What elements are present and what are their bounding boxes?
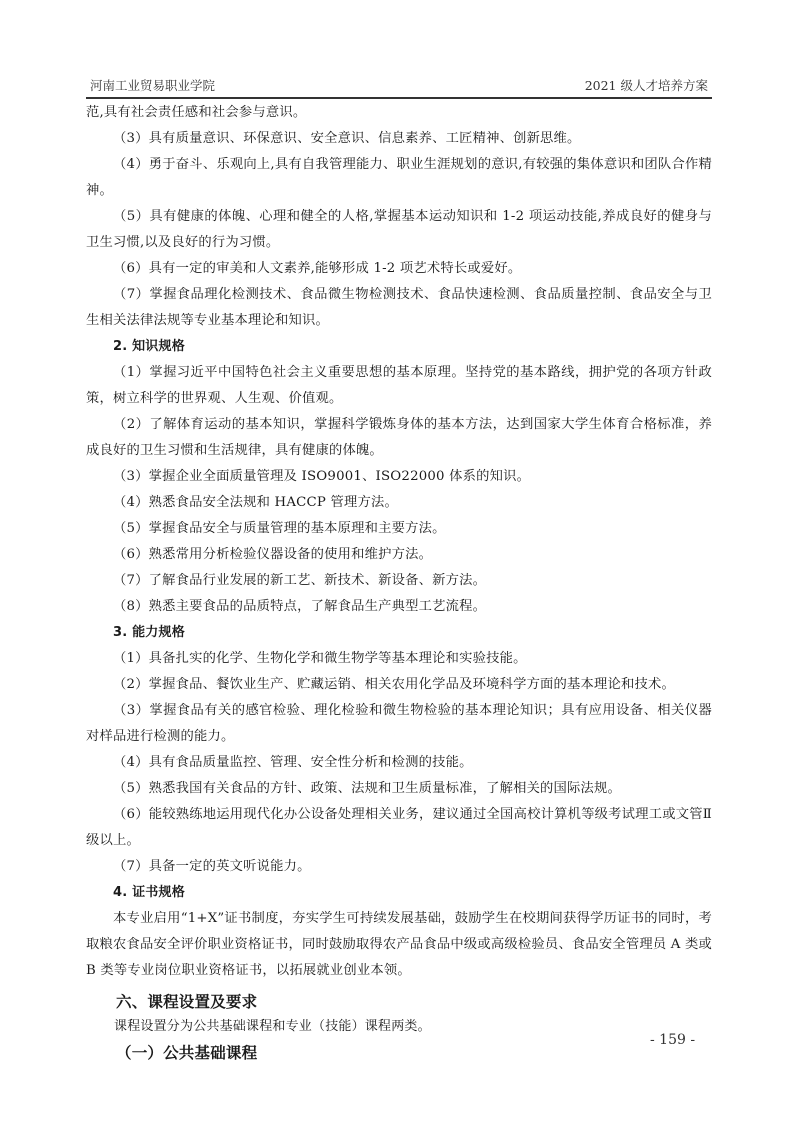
section-6-heading: 六、课程设置及要求 <box>86 988 712 1016</box>
paragraph-continuation: 范,具有社会责任感和社会参与意识。 <box>86 100 712 126</box>
certificate-body: 本专业启用“1+X”证书制度，夯实学生可持续发展基础，鼓励学生在校期间获得学历证… <box>86 906 712 984</box>
knowledge-item-6: （6）熟悉常用分析检验仪器设备的使用和维护方法。 <box>86 542 712 568</box>
page-number: - 159 - <box>650 1032 695 1048</box>
knowledge-item-3: （3）掌握企业全面质量管理及 ISO9001、ISO22000 体系的知识。 <box>86 464 712 490</box>
ability-item-6: （6）能较熟练地运用现代化办公设备处理相关业务，建议通过全国高校计算机等级考试理… <box>86 802 712 854</box>
section-6-intro: 课程设置分为公共基础课程和专业（技能）课程两类。 <box>86 1016 712 1038</box>
header-institution: 河南工业贸易职业学院 <box>90 76 215 94</box>
ability-heading: 3. 能力规格 <box>86 620 712 646</box>
quality-item-5: （5）具有健康的体魄、心理和健全的人格,掌握基本运动知识和 1-2 项运动技能,… <box>86 204 712 256</box>
ability-item-4: （4）具有食品质量监控、管理、安全性分析和检测的技能。 <box>86 750 712 776</box>
ability-item-7: （7）具备一定的英文听说能力。 <box>86 854 712 880</box>
public-courses-heading: （一）公共基础课程 <box>86 1038 712 1068</box>
knowledge-item-1: （1）掌握习近平中国特色社会主义重要思想的基本原理。坚持党的基本路线，拥护党的各… <box>86 360 712 412</box>
ability-item-5: （5）熟悉我国有关食品的方针、政策、法规和卫生质量标准，了解相关的国际法规。 <box>86 776 712 802</box>
quality-item-7: （7）掌握食品理化检测技术、食品微生物检测技术、食品快速检测、食品质量控制、食品… <box>86 282 712 334</box>
page-header: 河南工业贸易职业学院 2021 级人才培养方案 <box>86 75 712 99</box>
knowledge-item-5: （5）掌握食品安全与质量管理的基本原理和主要方法。 <box>86 516 712 542</box>
header-document-title: 2021 级人才培养方案 <box>585 76 708 94</box>
quality-item-4: （4）勇于奋斗、乐观向上,具有自我管理能力、职业生涯规划的意识,有较强的集体意识… <box>86 152 712 204</box>
knowledge-item-7: （7）了解食品行业发展的新工艺、新技术、新设备、新方法。 <box>86 568 712 594</box>
knowledge-item-8: （8）熟悉主要食品的品质特点，了解食品生产典型工艺流程。 <box>86 594 712 620</box>
ability-item-1: （1）具备扎实的化学、生物化学和微生物学等基本理论和实验技能。 <box>86 646 712 672</box>
page-content: 范,具有社会责任感和社会参与意识。 （3）具有质量意识、环保意识、安全意识、信息… <box>86 100 712 1068</box>
knowledge-item-2: （2）了解体育运动的基本知识，掌握科学锻炼身体的基本方法，达到国家大学生体育合格… <box>86 412 712 464</box>
certificate-heading: 4. 证书规格 <box>86 880 712 906</box>
quality-item-3: （3）具有质量意识、环保意识、安全意识、信息素养、工匠精神、创新思维。 <box>86 126 712 152</box>
ability-item-3: （3）掌握食品有关的感官检验、理化检验和微生物检验的基本理论知识；具有应用设备、… <box>86 698 712 750</box>
ability-item-2: （2）掌握食品、餐饮业生产、贮藏运销、相关农用化学品及环境科学方面的基本理论和技… <box>86 672 712 698</box>
knowledge-heading: 2. 知识规格 <box>86 334 712 360</box>
quality-item-6: （6）具有一定的审美和人文素养,能够形成 1-2 项艺术特长或爱好。 <box>86 256 712 282</box>
knowledge-item-4: （4）熟悉食品安全法规和 HACCP 管理方法。 <box>86 490 712 516</box>
